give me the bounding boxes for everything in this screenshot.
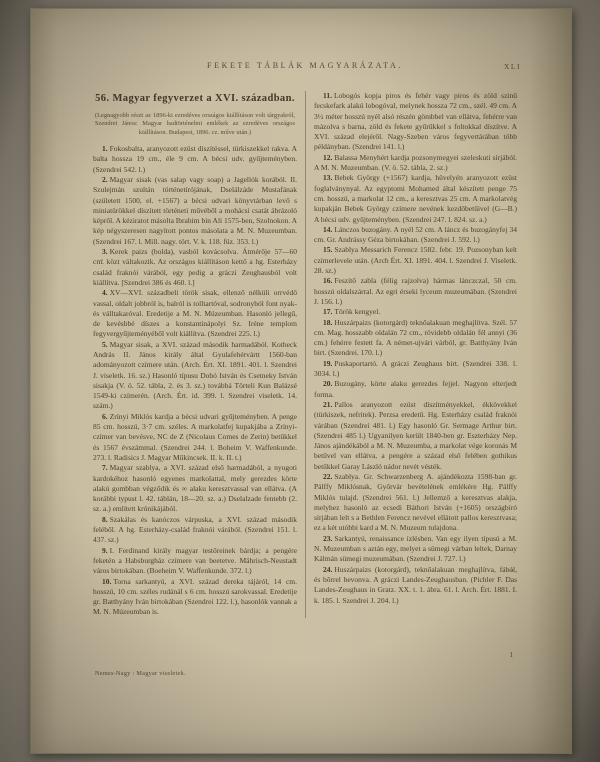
entry-paragraph: 20.Buzogány, körte alaku gerezdes fejjel…: [314, 379, 517, 400]
entry-number: 24.: [323, 565, 332, 574]
entry-number: 16.: [323, 276, 332, 285]
entry-paragraph: 19.Puskaportartó. A gráczi Zeughaus birt…: [314, 359, 517, 380]
entry-number: 2.: [102, 175, 108, 184]
entry-paragraph: 13.Bebek György (+1567) kardja, hüvelyén…: [314, 173, 517, 224]
signature-mark: 1: [510, 651, 514, 659]
entry-paragraph: 14.Lánczos buzogány. A nyél 52 cm. A lán…: [314, 225, 517, 246]
entry-number: 18.: [323, 318, 332, 327]
entry-paragraph: 16.Feszítő zabla (félig rajzolva) hármas…: [314, 276, 517, 307]
right-column: 11.Lobogós kopja piros és fehér vagy pir…: [305, 91, 517, 618]
entry-paragraph: 17.Török kengyel.: [314, 307, 517, 317]
entry-number: 8.: [102, 515, 108, 524]
entry-number: 13.: [323, 173, 332, 182]
entry-text: Szablya. Gr. Schwarzenberg A. ajándékozt…: [314, 472, 517, 532]
page-content: FEKETE TÁBLÁK MAGYARÁZATA. XLI 56. Magya…: [93, 61, 517, 618]
source-note: (Legnagyobb részt az 1896-ki ezredéves o…: [95, 112, 295, 137]
entry-text: Huszárpaizs (kotorgárd) teknőalakuan meg…: [314, 318, 517, 358]
entry-number: 19.: [323, 359, 332, 368]
entry-text: Puskaportartó. A gráczi Zeughaus birt. (…: [314, 359, 517, 378]
article-title: 56. Magyar fegyverzet a XVI. században.: [93, 93, 297, 105]
entry-number: 6.: [102, 412, 108, 421]
entry-paragraph: 24.Huszárpaizs (kotorgárd), teknőalakuan…: [314, 565, 517, 606]
entry-number: 7.: [102, 463, 108, 472]
entry-paragraph: 12.Balassa Menyhért kardja pozsonymegyei…: [314, 153, 517, 174]
scan-speck: [511, 569, 513, 572]
entry-number: 10.: [102, 577, 111, 586]
scan-speck: [101, 259, 103, 261]
book-page: FEKETE TÁBLÁK MAGYARÁZATA. XLI 56. Magya…: [30, 8, 572, 754]
entry-text: Balassa Menyhért kardja pozsonymegyei sz…: [314, 153, 517, 172]
entry-text: Kerek paizs (bolda), vasból kovácsolva. …: [93, 247, 297, 287]
page-number: XLI: [504, 62, 521, 71]
entry-text: Szablya Messarich Ferencz 1582. febr. 19…: [314, 245, 517, 275]
entry-text: Zrínyi Miklós kardja a bécsi udvari gyűj…: [93, 412, 297, 462]
entry-paragraph: 9.I. Ferdinand király magyar testőreinek…: [93, 546, 297, 577]
entry-paragraph: 3.Kerek paizs (bolda), vasból kovácsolva…: [93, 247, 297, 288]
entry-text: Lánczos buzogány. A nyél 52 cm. A láncz …: [314, 225, 517, 244]
entry-text: Huszárpaizs (kotorgárd), teknőalakuan me…: [314, 565, 517, 605]
entry-text: Feszítő zabla (félig rajzolva) hármas lá…: [314, 276, 517, 306]
entry-number: 21.: [323, 400, 332, 409]
entry-number: 4.: [102, 288, 108, 297]
entry-number: 3.: [102, 247, 108, 256]
entry-number: 17.: [323, 307, 332, 316]
entry-number: 5.: [102, 340, 108, 349]
entry-number: 12.: [323, 153, 332, 162]
entry-paragraph: 10.Torna sarkantyú, a XVI. század dereka…: [93, 577, 297, 618]
entry-number: 14.: [323, 225, 332, 234]
entry-number: 20.: [323, 379, 332, 388]
entry-paragraph: 1.Fokosbalta, aranyozott ezüst díszítéss…: [93, 144, 297, 175]
entry-text: Torna sarkantyú, a XVI. század dereka tá…: [93, 577, 297, 617]
entry-text: Fokosbalta, aranyozott ezüst díszítéssel…: [93, 144, 297, 174]
text-columns: 56. Magyar fegyverzet a XVI. században. …: [93, 91, 517, 618]
entry-paragraph: 22.Szablya. Gr. Schwarzenberg A. ajándék…: [314, 472, 517, 534]
entry-text: Magyar sisak (vas salap vagy soap) a Jag…: [93, 175, 297, 246]
entry-number: 11.: [323, 91, 332, 100]
entry-paragraph: 18.Huszárpaizs (kotorgárd) teknőalakuan …: [314, 318, 517, 359]
footer-signature: Nemes-Nagy : Magyar viseletek.: [95, 670, 186, 677]
running-head: FEKETE TÁBLÁK MAGYARÁZATA.: [93, 61, 517, 70]
entry-text: XV—XVI. századbeli török sisak, ellenző …: [93, 288, 297, 338]
entry-number: 9.: [102, 546, 108, 555]
entry-text: Sarkantyú, renaissance ízlésben. Van egy…: [314, 534, 517, 564]
entry-paragraph: 5.Magyar sisak, a XVI. század második ha…: [93, 340, 297, 412]
entry-number: 15.: [323, 245, 332, 254]
entry-text: Bebek György (+1567) kardja, hüvelyén ar…: [314, 173, 517, 223]
entry-paragraph: 15.Szablya Messarich Ferencz 1582. febr.…: [314, 245, 517, 276]
entry-paragraph: 8.Szakálas és kanóczos várpuska, a XVI. …: [93, 515, 297, 546]
entry-paragraph: 2.Magyar sisak (vas salap vagy soap) a J…: [93, 175, 297, 247]
entry-text: Szakálas és kanóczos várpuska, a XVI. sz…: [93, 515, 297, 545]
scanned-page-background: FEKETE TÁBLÁK MAGYARÁZATA. XLI 56. Magya…: [0, 0, 600, 762]
entry-paragraph: 4.XV—XVI. századbeli török sisak, ellenz…: [93, 288, 297, 339]
left-column: 56. Magyar fegyverzet a XVI. században. …: [93, 91, 305, 618]
entry-number: 22.: [323, 472, 332, 481]
entry-paragraph: 21.Pallos aranyozott ezüst díszítményekk…: [314, 400, 517, 472]
entry-paragraph: 7.Magyar szablya, a XVI. század első har…: [93, 463, 297, 514]
entry-text: Pallos aranyozott ezüst díszítményekkel,…: [314, 400, 517, 471]
entry-text: Magyar sisak, a XVI. század második harm…: [93, 340, 297, 411]
running-head-row: FEKETE TÁBLÁK MAGYARÁZATA. XLI: [93, 61, 517, 75]
entry-text: Buzogány, körte alaku gerezdes fejjel. N…: [314, 379, 517, 398]
entry-text: I. Ferdinand király magyar testőreinek b…: [93, 546, 297, 576]
entry-text: Török kengyel.: [334, 307, 380, 316]
entry-text: Magyar szablya, a XVI. század első harma…: [93, 463, 297, 513]
entry-number: 1.: [102, 144, 108, 153]
entry-paragraph: 6.Zrínyi Miklós kardja a bécsi udvari gy…: [93, 412, 297, 463]
entry-paragraph: 23.Sarkantyú, renaissance ízlésben. Van …: [314, 534, 517, 565]
entry-number: 23.: [323, 534, 332, 543]
entry-paragraph: 11.Lobogós kopja piros és fehér vagy pir…: [314, 91, 517, 153]
entry-text: Lobogós kopja piros és fehér vagy piros …: [314, 91, 517, 151]
